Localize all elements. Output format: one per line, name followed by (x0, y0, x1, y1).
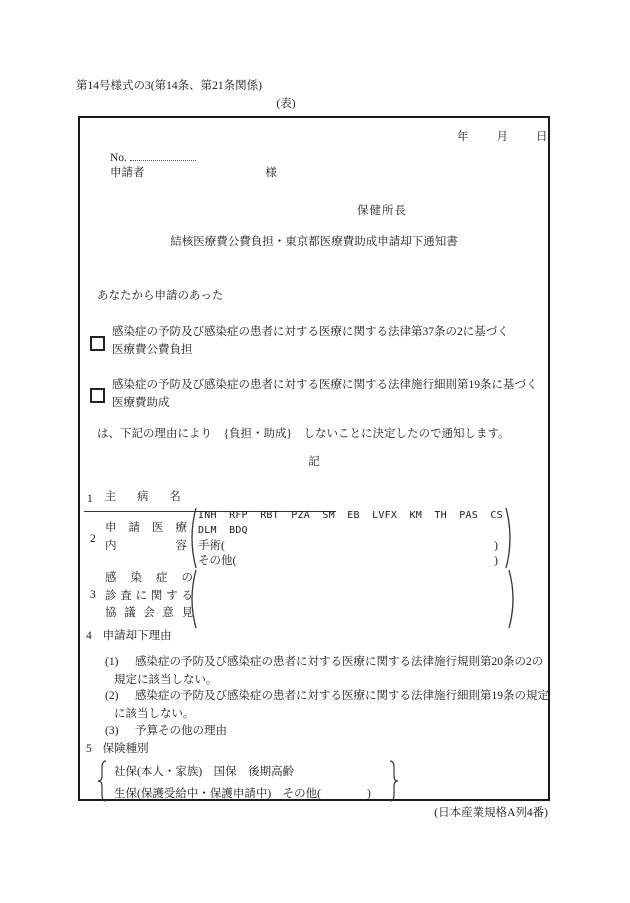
side-label: (表) (256, 97, 316, 111)
surgery-close-paren: ) (494, 539, 498, 553)
opinion-close-paren-icon (507, 569, 519, 629)
reason2-line2: に該当しない。 (114, 706, 549, 724)
subsidy-checkbox-label: 感染症の予防及び感染症の患者に対する医療に関する法律施行細則第19条に基づく 医… (112, 377, 538, 412)
year-label: 年 (457, 130, 469, 144)
record-mark: 記 (80, 455, 548, 469)
reason2-line1: (2)感染症の予防及び感染症の患者に対する医療に関する法律施行細則第19条の規定 (105, 688, 549, 706)
no-dotted-line (130, 149, 196, 161)
large-close-paren-icon (504, 507, 516, 569)
paper-size-note: (日本産業規格A列4番) (434, 806, 548, 820)
section4-title: 申請却下理由 (103, 630, 172, 642)
section2-number: 2 (90, 532, 96, 546)
month-label: 月 (497, 130, 509, 144)
large-open-paren-icon (186, 507, 198, 569)
section3-label-line1: 感染症の (105, 570, 193, 588)
public-funding-checkbox-label: 感染症の予防及び感染症の患者に対する医療に関する法律第37条の2に基づく 医療費… (112, 324, 509, 359)
other-label: その他( (198, 554, 236, 568)
public-funding-checkbox[interactable] (90, 336, 105, 351)
drug-list-line1: INH RFP RBT PZA SM EB LVFX KM TH PAS CS (198, 510, 503, 521)
checkbox1-line1: 感染症の予防及び感染症の患者に対する医療に関する法律第37条の2に基づく (112, 324, 509, 342)
reason1-line1: (1)感染症の予防及び感染症の患者に対する医療に関する法律施行規則第20条の2の (105, 654, 543, 672)
form-number-label: 第14号様式の3(第14条、第21条関係) (76, 79, 262, 93)
form-box: 年 月 日 No. 申請者 様 保健所長 結核医療費公費負担・東京都医療費助成申… (78, 116, 550, 801)
decision-text: は、下記の理由により {負担・助成} しないことに決定したので通知します。 (97, 427, 510, 441)
section1-main-disease: 1 主病名 (84, 489, 336, 512)
opinion-open-paren-icon (186, 569, 198, 629)
section3-label-line2: 診査に関する (105, 588, 193, 606)
section1-number: 1 (87, 492, 93, 506)
section3-label-line3: 協議会意見 (105, 605, 193, 623)
reason-item-3: (3)予算その他の理由 (105, 724, 227, 738)
reason2-marker: (2) (105, 688, 135, 706)
applicant-line: 申請者 様 (110, 166, 277, 180)
other-close-paren: ) (494, 554, 498, 568)
surgery-label: 手術( (198, 539, 225, 553)
section4-number: 4 (86, 630, 92, 642)
lead-text: あなたから申請のあった (97, 289, 223, 303)
reason3-text: 予算その他の理由 (135, 725, 227, 737)
reason1-line2: 規定に該当しない。 (114, 672, 543, 690)
section2-label-line1: 申請医療 (105, 520, 187, 538)
checkbox2-line1: 感染症の予防及び感染症の患者に対する医療に関する法律施行細則第19条に基づく (112, 377, 538, 395)
section5-number: 5 (86, 743, 92, 755)
section3-number: 3 (90, 588, 96, 602)
surgery-field: 手術( ) (198, 539, 498, 553)
reason-item-2: (2)感染症の予防及び感染症の患者に対する医療に関する法律施行細則第19条の規定… (105, 688, 549, 723)
section2-label: 申請医療 内容 (105, 520, 187, 555)
day-label: 日 (536, 130, 548, 144)
honorific-label: 様 (265, 167, 277, 179)
issuer-label: 保健所長 (357, 204, 407, 218)
section4-heading: 4 申請却下理由 (86, 629, 172, 643)
document-page: 第14号様式の3(第14条、第21条関係) (表) 年 月 日 No. 申請者 … (0, 0, 630, 903)
section1-label: 主病名 (105, 489, 181, 507)
checkbox1-line2: 医療費公費負担 (112, 342, 509, 360)
section2-label-line2: 内容 (105, 538, 187, 556)
section5-title: 保険種別 (103, 743, 149, 755)
no-field: No. (110, 149, 196, 165)
insurance-close-brace-icon (388, 760, 400, 802)
section3-label: 感染症の 診査に関する 協議会意見 (105, 570, 193, 623)
drug-list-line2: DLM BDQ (198, 525, 248, 536)
reason1-marker: (1) (105, 654, 135, 672)
date-line: 年 月 日 (457, 130, 548, 144)
reason3-marker: (3) (105, 724, 135, 738)
no-label: No. (110, 152, 127, 164)
section5-heading: 5 保険種別 (86, 742, 149, 756)
form-title: 結核医療費公費負担・東京都医療費助成申請却下通知書 (80, 235, 548, 249)
insurance-line2: 生保(保護受給中・保護申請中) その他( ) (114, 787, 371, 801)
checkbox2-line2: 医療費助成 (112, 395, 538, 413)
insurance-line1: 社保(本人・家族) 国保 後期高齢 (114, 765, 294, 779)
reason2-text: 感染症の予防及び感染症の患者に対する医療に関する法律施行細則第19条の規定 (135, 690, 549, 702)
reason-item-1: (1)感染症の予防及び感染症の患者に対する医療に関する法律施行規則第20条の2の… (105, 654, 543, 689)
reason1-text: 感染症の予防及び感染症の患者に対する医療に関する法律施行規則第20条の2の (135, 656, 543, 668)
subsidy-checkbox[interactable] (90, 388, 105, 403)
applicant-label: 申請者 (110, 167, 145, 179)
insurance-open-brace-icon (96, 760, 108, 802)
other-field: その他( ) (198, 554, 498, 568)
